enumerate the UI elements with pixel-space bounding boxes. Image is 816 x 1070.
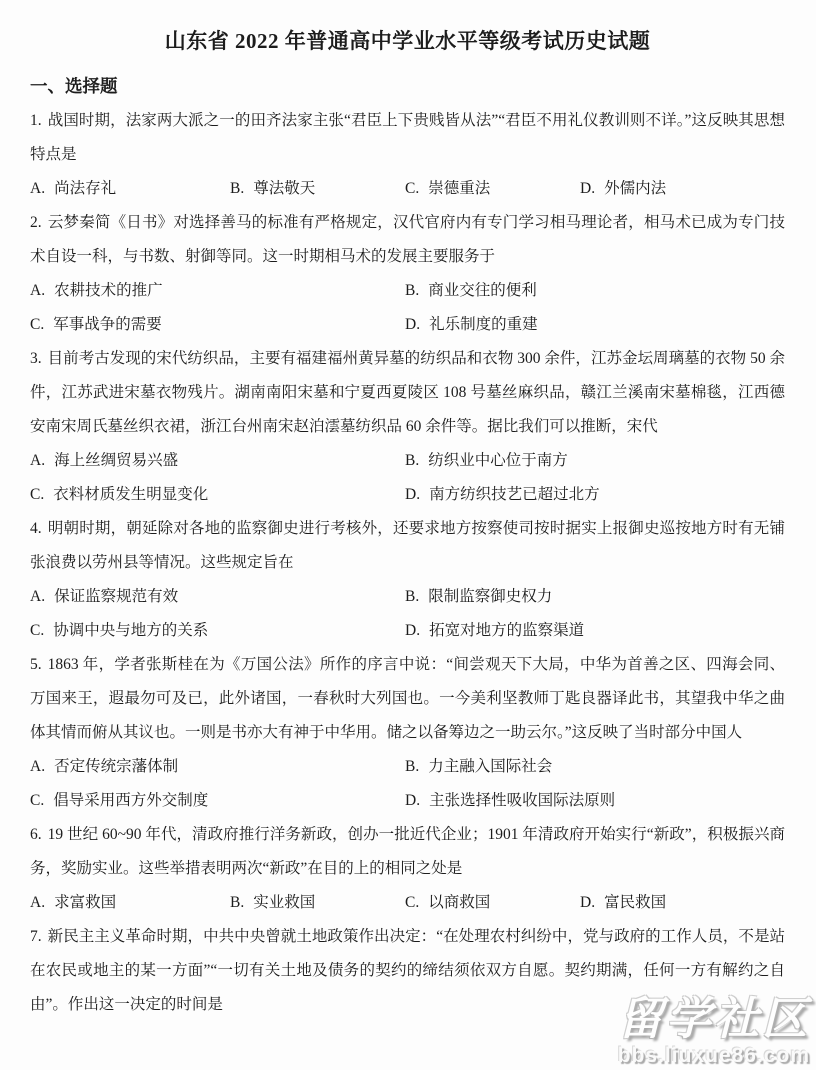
option-c: C.崇德重法 <box>405 172 580 206</box>
option-text: 外儒内法 <box>604 180 666 197</box>
option-c: C.衣料材质发生明显变化 <box>30 478 405 512</box>
option-a: A.农耕技术的推广 <box>30 274 405 308</box>
question-text: 2.云梦秦简《日书》对选择善马的标准有严格规定，汉代官府内有专门学习相马理论者，… <box>30 206 785 274</box>
option-text: 拓宽对地方的监察渠道 <box>429 622 584 639</box>
question-4: 4.明朝时期，朝延除对各地的监察御史进行考核外，还要求地方按察使司按时据实上报御… <box>30 512 785 648</box>
option-label: D. <box>405 316 420 333</box>
option-label: C. <box>30 486 44 503</box>
option-text: 富民救国 <box>604 894 666 911</box>
option-b: B.纺织业中心位于南方 <box>405 444 785 478</box>
option-label: D. <box>405 486 420 503</box>
option-label: B. <box>405 282 419 299</box>
option-label: D. <box>405 622 420 639</box>
option-text: 协调中央与地方的关系 <box>53 622 208 639</box>
question-text: 7.新民主主义革命时期，中共中央曾就土地政策作出决定：“在处理农村纠纷中，党与政… <box>30 920 785 1022</box>
option-a: A.保证监察规范有效 <box>30 580 405 614</box>
option-label: B. <box>405 588 419 605</box>
option-a: A.海上丝绸贸易兴盛 <box>30 444 405 478</box>
option-text: 力主融入国际社会 <box>428 758 552 775</box>
option-label: A. <box>30 452 45 469</box>
option-label: A. <box>30 894 45 911</box>
option-c: C.军事战争的需要 <box>30 308 405 342</box>
option-b: B.限制监察御史权力 <box>405 580 785 614</box>
option-label: C. <box>30 316 44 333</box>
option-text: 衣料材质发生明显变化 <box>53 486 208 503</box>
option-text: 南方纺织技艺已超过北方 <box>429 486 600 503</box>
option-text: 求富救国 <box>54 894 116 911</box>
option-text: 崇德重法 <box>428 180 490 197</box>
question-1: 1.战国时期，法家两大派之一的田齐法家主张“君臣上下贵贱皆从法”“君臣不用礼仪教… <box>30 104 785 206</box>
question-body: 新民主主义革命时期，中共中央曾就土地政策作出决定：“在处理农村纠纷中，党与政府的… <box>30 928 785 1013</box>
option-label: A. <box>30 180 45 197</box>
option-label: A. <box>30 758 45 775</box>
option-text: 保证监察规范有效 <box>54 588 178 605</box>
option-b: B.商业交往的便利 <box>405 274 785 308</box>
option-d: D.南方纺织技艺已超过北方 <box>405 478 785 512</box>
option-d: D.富民救国 <box>580 886 785 920</box>
option-b: B.实业救国 <box>230 886 405 920</box>
watermark-url: bbs.liuxue86.com <box>618 1044 810 1068</box>
question-number: 5. <box>30 656 42 673</box>
option-d: D.礼乐制度的重建 <box>405 308 785 342</box>
option-text: 海上丝绸贸易兴盛 <box>54 452 178 469</box>
option-a: A.尚法存礼 <box>30 172 230 206</box>
question-body: 19 世纪 60~90 年代，清政府推行洋务新政，创办一批近代企业；1901 年… <box>30 826 785 877</box>
option-label: B. <box>230 894 244 911</box>
question-number: 1. <box>30 112 42 129</box>
option-b: B.尊法敬天 <box>230 172 405 206</box>
option-label: C. <box>405 180 419 197</box>
option-text: 限制监察御史权力 <box>428 588 552 605</box>
page-title: 山东省 2022 年普通高中学业水平等级考试历史试题 <box>30 26 785 56</box>
option-a: A.求富救国 <box>30 886 230 920</box>
option-label: B. <box>405 452 419 469</box>
option-label: B. <box>405 758 419 775</box>
question-text: 6.19 世纪 60~90 年代，清政府推行洋务新政，创办一批近代企业；1901… <box>30 818 785 886</box>
option-text: 否定传统宗藩体制 <box>54 758 178 775</box>
option-text: 倡导采用西方外交制度 <box>53 792 208 809</box>
option-c: C.倡导采用西方外交制度 <box>30 784 405 818</box>
option-d: D.拓宽对地方的监察渠道 <box>405 614 785 648</box>
question-body: 1863 年，学者张斯桂在为《万国公法》所作的序言中说：“间尝观天下大局，中华为… <box>30 656 785 741</box>
question-body: 目前考古发现的宋代纺织品，主要有福建福州黄异墓的纺织品和衣物 300 余件，江苏… <box>30 350 785 435</box>
option-label: A. <box>30 282 45 299</box>
option-text: 以商救国 <box>428 894 490 911</box>
option-label: A. <box>30 588 45 605</box>
question-2: 2.云梦秦简《日书》对选择善马的标准有严格规定，汉代官府内有专门学习相马理论者，… <box>30 206 785 342</box>
question-number: 7. <box>30 928 42 945</box>
question-options: A.否定传统宗藩体制 B.力主融入国际社会 C.倡导采用西方外交制度 D.主张选… <box>30 750 785 818</box>
question-text: 1.战国时期，法家两大派之一的田齐法家主张“君臣上下贵贱皆从法”“君臣不用礼仪教… <box>30 104 785 172</box>
question-number: 4. <box>30 520 42 537</box>
option-c: C.协调中央与地方的关系 <box>30 614 405 648</box>
section-heading: 一、选择题 <box>30 72 785 100</box>
option-text: 商业交往的便利 <box>428 282 537 299</box>
option-text: 纺织业中心位于南方 <box>428 452 568 469</box>
question-options: A.尚法存礼 B.尊法敬天 C.崇德重法 D.外儒内法 <box>30 172 785 206</box>
option-a: A.否定传统宗藩体制 <box>30 750 405 784</box>
option-label: D. <box>580 180 595 197</box>
question-5: 5.1863 年，学者张斯桂在为《万国公法》所作的序言中说：“间尝观天下大局，中… <box>30 648 785 818</box>
option-text: 军事战争的需要 <box>53 316 162 333</box>
option-label: D. <box>580 894 595 911</box>
question-body: 明朝时期，朝延除对各地的监察御史进行考核外，还要求地方按察使司按时据实上报御史巡… <box>30 520 785 571</box>
option-label: C. <box>30 792 44 809</box>
question-6: 6.19 世纪 60~90 年代，清政府推行洋务新政，创办一批近代企业；1901… <box>30 818 785 920</box>
question-options: A.海上丝绸贸易兴盛 B.纺织业中心位于南方 C.衣料材质发生明显变化 D.南方… <box>30 444 785 512</box>
question-text: 3.目前考古发现的宋代纺织品，主要有福建福州黄异墓的纺织品和衣物 300 余件，… <box>30 342 785 444</box>
question-number: 3. <box>30 350 42 367</box>
question-body: 云梦秦简《日书》对选择善马的标准有严格规定，汉代官府内有专门学习相马理论者，相马… <box>30 214 785 265</box>
option-b: B.力主融入国际社会 <box>405 750 785 784</box>
option-c: C.以商救国 <box>405 886 580 920</box>
question-options: A.保证监察规范有效 B.限制监察御史权力 C.协调中央与地方的关系 D.拓宽对… <box>30 580 785 648</box>
question-text: 5.1863 年，学者张斯桂在为《万国公法》所作的序言中说：“间尝观天下大局，中… <box>30 648 785 750</box>
question-3: 3.目前考古发现的宋代纺织品，主要有福建福州黄异墓的纺织品和衣物 300 余件，… <box>30 342 785 512</box>
option-text: 尊法敬天 <box>253 180 315 197</box>
question-7: 7.新民主主义革命时期，中共中央曾就土地政策作出决定：“在处理农村纠纷中，党与政… <box>30 920 785 1022</box>
question-number: 6. <box>30 826 42 843</box>
option-text: 农耕技术的推广 <box>54 282 163 299</box>
option-label: C. <box>30 622 44 639</box>
option-text: 尚法存礼 <box>54 180 116 197</box>
option-text: 实业救国 <box>253 894 315 911</box>
option-text: 礼乐制度的重建 <box>429 316 538 333</box>
option-text: 主张选择性吸收国际法原则 <box>429 792 615 809</box>
option-label: C. <box>405 894 419 911</box>
question-options: A.求富救国 B.实业救国 C.以商救国 D.富民救国 <box>30 886 785 920</box>
question-body: 战国时期，法家两大派之一的田齐法家主张“君臣上下贵贱皆从法”“君臣不用礼仪教训则… <box>30 112 785 163</box>
question-options: A.农耕技术的推广 B.商业交往的便利 C.军事战争的需要 D.礼乐制度的重建 <box>30 274 785 342</box>
question-text: 4.明朝时期，朝延除对各地的监察御史进行考核外，还要求地方按察使司按时据实上报御… <box>30 512 785 580</box>
option-d: D.外儒内法 <box>580 172 785 206</box>
question-number: 2. <box>30 214 42 231</box>
option-d: D.主张选择性吸收国际法原则 <box>405 784 785 818</box>
exam-paper-page: 山东省 2022 年普通高中学业水平等级考试历史试题 一、选择题 1.战国时期，… <box>0 0 816 1070</box>
option-label: B. <box>230 180 244 197</box>
option-label: D. <box>405 792 420 809</box>
